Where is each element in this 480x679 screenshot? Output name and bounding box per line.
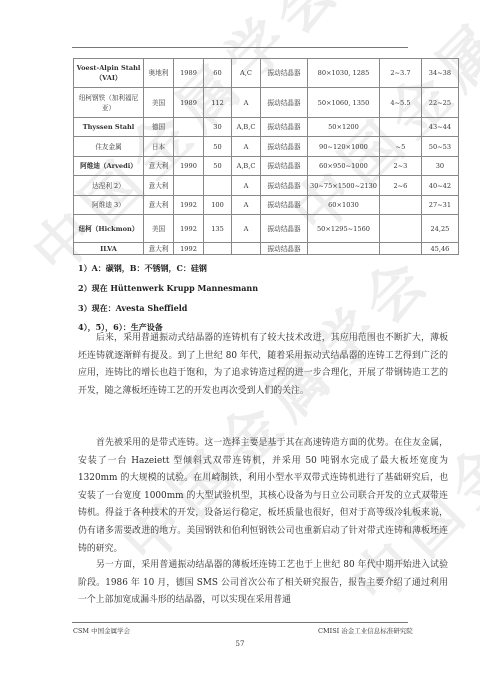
table-cell-capacity: 100 xyxy=(204,196,232,215)
table-cell-year: 1989 xyxy=(174,88,204,118)
table-cell-country: 日本 xyxy=(144,137,174,157)
table-cell-size: 50×1060, 1350 xyxy=(308,88,380,118)
table-cell-capacity: 60 xyxy=(204,59,232,88)
table-cell-speed xyxy=(379,196,421,215)
table-cell-company: 住友金属 xyxy=(74,137,144,157)
table-cell-company: 阿维迪（Arvedi） xyxy=(74,157,144,176)
table-row: 住友金属日本50A振动结晶器90~120×1000~550~53 xyxy=(74,137,459,157)
table-cell-steel: A,B,C xyxy=(232,118,261,137)
table-cell-mold: 振动结晶器 xyxy=(261,176,308,196)
header-rule xyxy=(72,47,408,48)
table-cell-ref: 22~25 xyxy=(421,88,458,118)
table-cell-steel: A xyxy=(232,137,261,157)
table-row: 纽柯钢铁（加利福尼亚）美国1989112A振动结晶器50×1060, 13504… xyxy=(74,88,459,118)
table-row: 纽柯（Hickmon）美国1992135A振动结晶器50×1295~156024… xyxy=(74,215,459,243)
page-number: 57 xyxy=(0,640,480,648)
table-cell-steel: A xyxy=(232,88,261,118)
table-cell-country: 德国 xyxy=(144,118,174,137)
table-cell-country: 美国 xyxy=(144,215,174,243)
table-cell-country: 意大利 xyxy=(144,176,174,196)
table-cell-size: 50×1295~1560 xyxy=(308,215,380,243)
table-row: Thyssen Stahl德国30A,B,C振动结晶器50×120043~44 xyxy=(74,118,459,137)
table-cell-year: 1990 xyxy=(174,157,204,176)
table-cell-company: Thyssen Stahl xyxy=(74,118,144,137)
table-cell-year xyxy=(174,176,204,196)
table-cell-steel: A,C xyxy=(232,59,261,88)
continuous-casting-table: Voest-Alpin Stahl（VAI）奥地利198960A,C振动结晶器8… xyxy=(73,58,459,255)
note-2: 2）现在 Hüttenwerk Krupp Mannesmann xyxy=(78,283,258,294)
table-cell-steel xyxy=(232,243,261,255)
footer-rule xyxy=(72,622,408,623)
table-row: Voest-Alpin Stahl（VAI）奥地利198960A,C振动结晶器8… xyxy=(74,59,459,88)
footer-right: CMISI 冶金工业信息标准研究院 xyxy=(318,626,413,635)
table-cell-year: 1989 xyxy=(174,59,204,88)
table-cell-size: 60×1030 xyxy=(308,196,380,215)
table-cell-capacity: 30 xyxy=(204,118,232,137)
footer-left: CSM 中国金属学会 xyxy=(73,626,130,635)
table-cell-size: 60×950~1000 xyxy=(308,157,380,176)
table-cell-speed: 2~3 xyxy=(379,157,421,176)
table-cell-country: 美国 xyxy=(144,88,174,118)
table-cell-steel: A xyxy=(232,176,261,196)
table-cell-size: 80×1030, 1285 xyxy=(308,59,380,88)
table-cell-mold: 振动结晶器 xyxy=(261,118,308,137)
table-cell-mold: 振动结晶器 xyxy=(261,243,308,255)
table-cell-mold: 振动结晶器 xyxy=(261,157,308,176)
paragraph-2: 首先被采用的是带式连铸。这一选择主要是基于其在高速铸造方面的优势。在住友金属，安… xyxy=(78,435,448,558)
table-cell-speed xyxy=(379,215,421,243)
table-cell-company: ILVA xyxy=(74,243,144,255)
table-cell-country: 奥地利 xyxy=(144,59,174,88)
table-cell-ref: 45,46 xyxy=(421,243,458,255)
table-row: 达涅利 2）意大利A振动结晶器30~75×1500~21302~640~42 xyxy=(74,176,459,196)
table-row: 阿维迪（Arvedi）意大利199050A,B,C振动结晶器60×950~100… xyxy=(74,157,459,176)
table-cell-company: 纽柯（Hickmon） xyxy=(74,215,144,243)
table-cell-ref: 30 xyxy=(421,157,458,176)
table-cell-steel: A xyxy=(232,196,261,215)
table-cell-country: 意大利 xyxy=(144,157,174,176)
table-cell-company: 阿维迪 3） xyxy=(74,196,144,215)
table-cell-mold: 振动结晶器 xyxy=(261,215,308,243)
table-cell-ref: 24,25 xyxy=(421,215,458,243)
note-1: 1）A：碳钢，B：不锈钢，C：硅钢 xyxy=(78,263,207,274)
table-cell-steel: A,B,C xyxy=(232,157,261,176)
table-cell-speed xyxy=(379,243,421,255)
table-cell-capacity xyxy=(204,176,232,196)
table-cell-capacity: 50 xyxy=(204,157,232,176)
table-cell-capacity: 50 xyxy=(204,137,232,157)
table-cell-year xyxy=(174,118,204,137)
table-cell-capacity: 135 xyxy=(204,215,232,243)
table-row: ILVA意大利1992振动结晶器45,46 xyxy=(74,243,459,255)
table-cell-speed: 2~6 xyxy=(379,176,421,196)
table-cell-size: 50×1200 xyxy=(308,118,380,137)
table-cell-ref: 43~44 xyxy=(421,118,458,137)
table-cell-mold: 振动结晶器 xyxy=(261,88,308,118)
table-cell-year xyxy=(174,137,204,157)
table-cell-size xyxy=(308,243,380,255)
table-cell-speed: ~5 xyxy=(379,137,421,157)
table-cell-year: 1992 xyxy=(174,196,204,215)
table-cell-year: 1992 xyxy=(174,215,204,243)
table-cell-capacity xyxy=(204,243,232,255)
table-cell-ref: 27~31 xyxy=(421,196,458,215)
table-cell-mold: 振动结晶器 xyxy=(261,59,308,88)
table-cell-year: 1992 xyxy=(174,243,204,255)
paragraph-3: 另一方面，采用普通振动结晶器的薄板坯连铸工艺也于上世纪 80 年代中期开始进入试… xyxy=(78,557,448,610)
table-cell-steel: A xyxy=(232,215,261,243)
table-cell-capacity: 112 xyxy=(204,88,232,118)
table-cell-country: 意大利 xyxy=(144,243,174,255)
table-cell-speed xyxy=(379,118,421,137)
table-cell-company: 达涅利 2） xyxy=(74,176,144,196)
table-cell-ref: 50~53 xyxy=(421,137,458,157)
table-row: 阿维迪 3）意大利1992100A振动结晶器60×103027~31 xyxy=(74,196,459,215)
paragraph-1: 后来，采用普通振动式结晶器的连铸机有了较大技术改进，其应用范围也不断扩大，薄板坯… xyxy=(78,330,448,400)
table-cell-ref: 34~38 xyxy=(421,59,458,88)
table-cell-company: 纽柯钢铁（加利福尼亚） xyxy=(74,88,144,118)
table-cell-company: Voest-Alpin Stahl（VAI） xyxy=(74,59,144,88)
table-cell-speed: 4~5.5 xyxy=(379,88,421,118)
table-cell-mold: 振动结晶器 xyxy=(261,196,308,215)
table-cell-country: 意大利 xyxy=(144,196,174,215)
table-cell-speed: 2~3.7 xyxy=(379,59,421,88)
table-cell-size: 90~120×1000 xyxy=(308,137,380,157)
table-cell-ref: 40~42 xyxy=(421,176,458,196)
table-cell-size: 30~75×1500~2130 xyxy=(308,176,380,196)
note-3: 3）现在：Avesta Sheffield xyxy=(78,303,187,314)
table-cell-mold: 振动结晶器 xyxy=(261,137,308,157)
